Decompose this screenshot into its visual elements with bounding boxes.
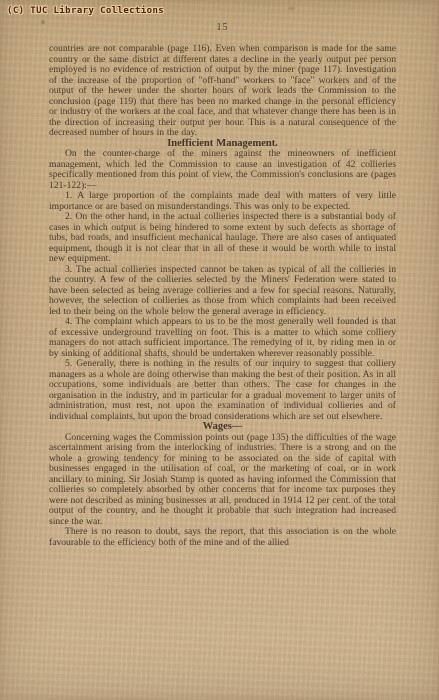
paragraph-association: There is no reason to doubt, says the re… bbox=[49, 527, 396, 548]
list-item-4: 4. The complaint which appears to us to … bbox=[49, 317, 396, 359]
page-body-text: countries are not comparable (page 116).… bbox=[49, 44, 396, 548]
list-item-2: 2. On the other hand, in the actual coll… bbox=[49, 212, 396, 265]
paper-stain-speck bbox=[41, 20, 45, 24]
paragraph-counter-charge: On the counter-charge of the miners agai… bbox=[49, 149, 396, 191]
list-item-1: 1. A large proportion of the complaints … bbox=[49, 191, 396, 212]
list-item-3: 3. The actual collieries inspected canno… bbox=[49, 265, 396, 318]
section-heading-wages: Wages— bbox=[49, 422, 396, 433]
page-number: 15 bbox=[49, 22, 396, 33]
paragraph-output-comparison: countries are not comparable (page 116).… bbox=[49, 44, 396, 139]
paragraph-wages: Concerning wages the Commission points o… bbox=[49, 433, 396, 528]
copyright-watermark: (C) TUC Library Collections bbox=[7, 6, 164, 16]
list-item-5: 5. Generally, there is nothing in the re… bbox=[49, 359, 396, 422]
paper-stain-speck bbox=[288, 7, 295, 10]
scanned-document-page: (C) TUC Library Collections 15 countries… bbox=[0, 0, 439, 700]
numbered-conclusions-list: 1. A large proportion of the complaints … bbox=[49, 191, 396, 422]
paper-stain-speck bbox=[118, 60, 121, 63]
